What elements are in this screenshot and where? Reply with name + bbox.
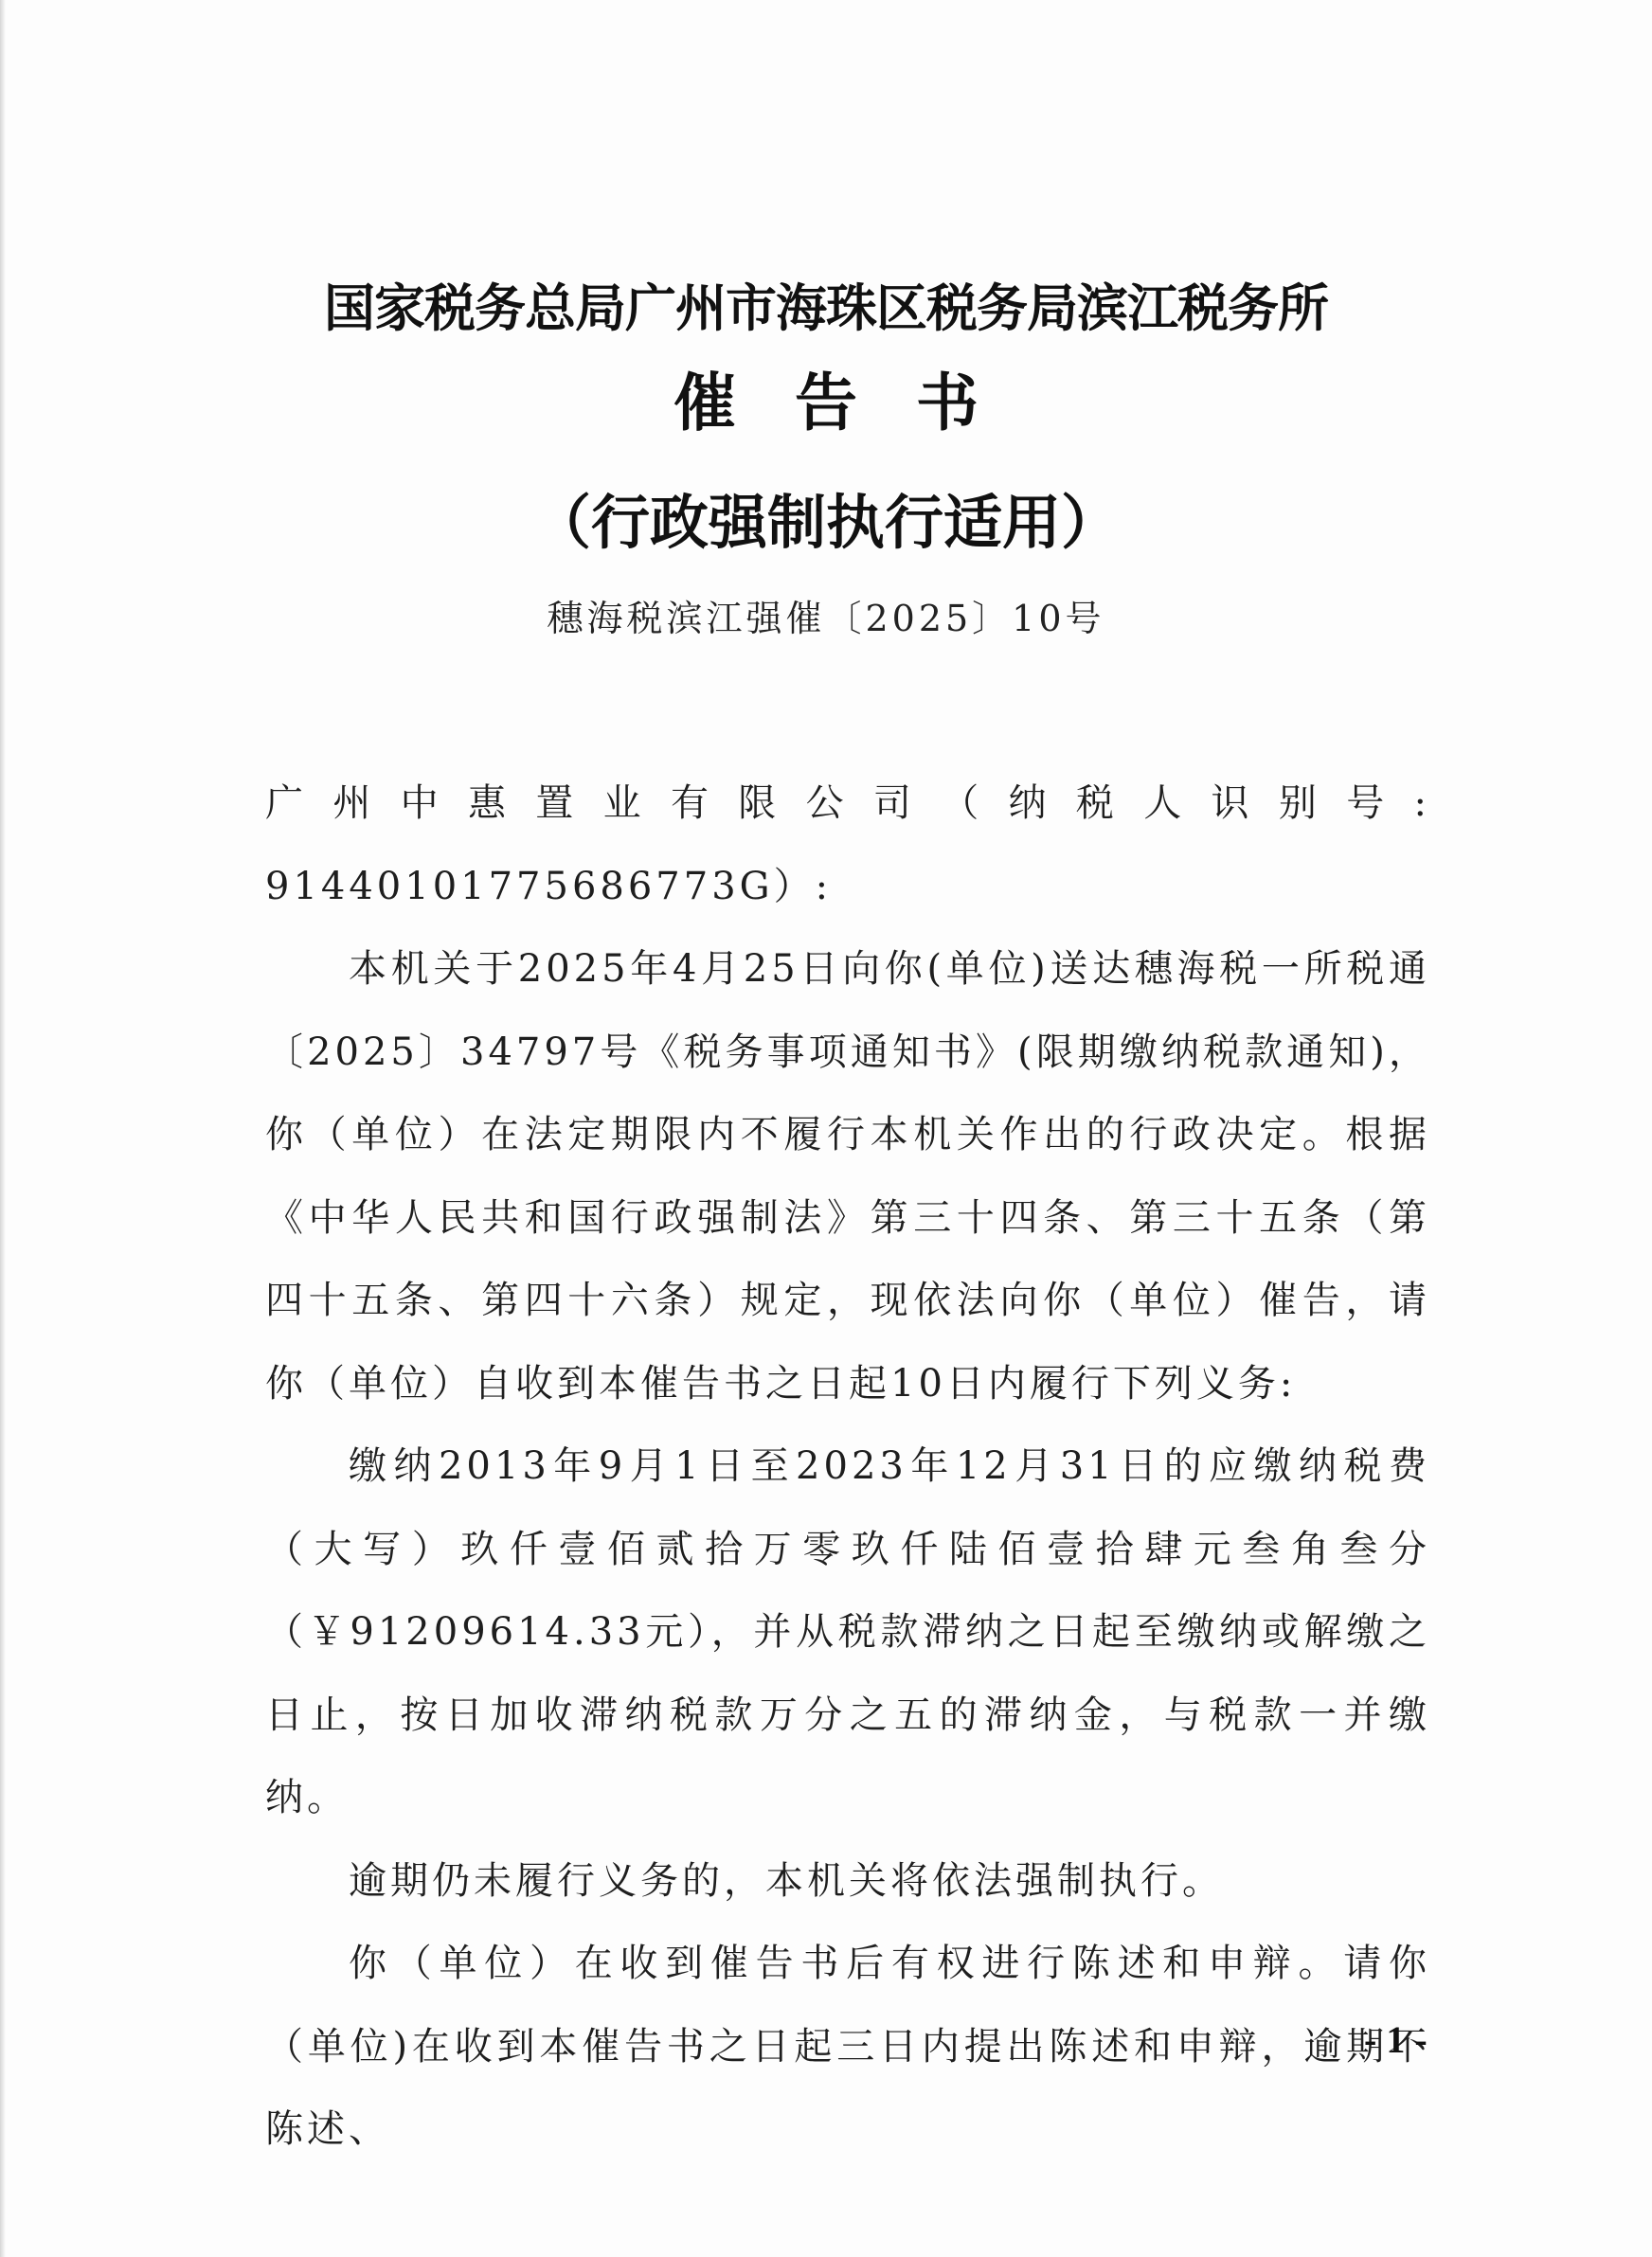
paragraph-obligation: 缴纳2013年9月1日至2023年12月31日的应缴纳税费（大写）玖仟壹佰贰拾万… xyxy=(265,1425,1430,1840)
document-number: 穗海税滨江强催〔2025〕10号 xyxy=(0,589,1652,641)
page-number: - 1 - xyxy=(1364,2017,1428,2062)
paragraph-notice: 本机关于2025年4月25日向你(单位)送达穗海税一所税通〔2025〕34797… xyxy=(265,928,1430,1425)
issuing-authority-title: 国家税务总局广州市海珠区税务局滨江税务所 xyxy=(0,268,1652,341)
document-body: 广州中惠置业有限公司（纳税人识别号: 91440101775686773G）: … xyxy=(265,762,1430,2172)
paragraph-rights: 你（单位）在收到催告书后有权进行陈述和申辩。请你（单位)在收到本催告书之日起三日… xyxy=(265,1923,1430,2172)
document-title: 催告书 xyxy=(0,352,1652,442)
paragraph-enforcement: 逾期仍未履行义务的，本机关将依法强制执行。 xyxy=(265,1840,1430,1924)
document-subtitle: （行政强制执行适用） xyxy=(0,475,1652,560)
recipient-line: 广州中惠置业有限公司（纳税人识别号: 91440101775686773G）: xyxy=(265,762,1430,928)
